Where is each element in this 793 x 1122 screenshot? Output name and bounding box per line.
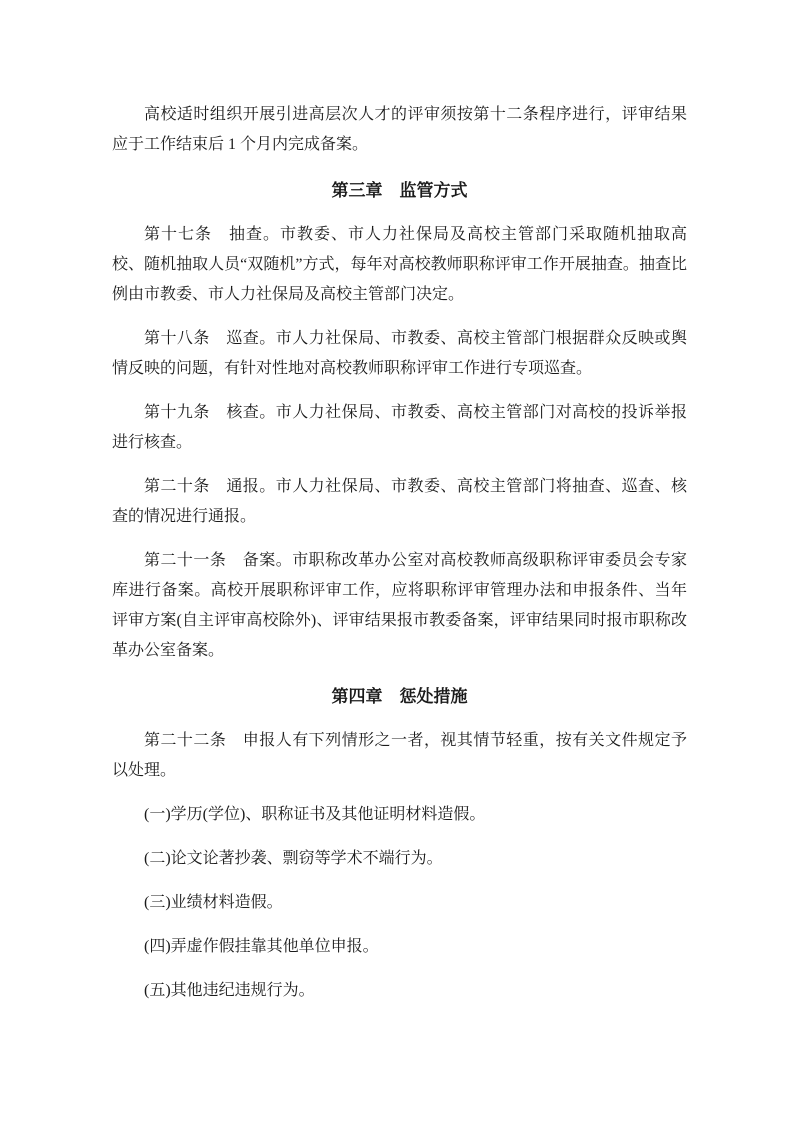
paragraph: 第十九条 核查。市人力社保局、市教委、高校主管部门对高校的投诉举报进行核查。 — [112, 398, 687, 458]
chapter-heading: 第四章 惩处措施 — [112, 682, 687, 712]
paragraph: 高校适时组织开展引进高层次人才的评审须按第十二条程序进行，评审结果应于工作结束后… — [112, 100, 687, 160]
document-content: 高校适时组织开展引进高层次人才的评审须按第十二条程序进行，评审结果应于工作结束后… — [112, 100, 687, 1006]
paragraph: (一)学历(学位)、职称证书及其他证明材料造假。 — [112, 800, 687, 830]
paragraph: (三)业绩材料造假。 — [112, 888, 687, 918]
paragraph: 第十八条 巡查。市人力社保局、市教委、高校主管部门根据群众反映或舆情反映的问题，… — [112, 324, 687, 384]
chapter-heading: 第三章 监管方式 — [112, 176, 687, 206]
paragraph: (五)其他违纪违规行为。 — [112, 976, 687, 1006]
paragraph: 第二十一条 备案。市职称改革办公室对高校教师高级职称评审委员会专家库进行备案。高… — [112, 546, 687, 666]
paragraph: (四)弄虚作假挂靠其他单位申报。 — [112, 932, 687, 962]
paragraph: 第二十二条 申报人有下列情形之一者，视其情节轻重，按有关文件规定予以处理。 — [112, 726, 687, 786]
document-page: 高校适时组织开展引进高层次人才的评审须按第十二条程序进行，评审结果应于工作结束后… — [0, 0, 793, 1122]
paragraph: 第二十条 通报。市人力社保局、市教委、高校主管部门将抽查、巡查、核查的情况进行通… — [112, 472, 687, 532]
paragraph: 第十七条 抽查。市教委、市人力社保局及高校主管部门采取随机抽取高校、随机抽取人员… — [112, 220, 687, 310]
paragraph: (二)论文论著抄袭、剽窃等学术不端行为。 — [112, 844, 687, 874]
